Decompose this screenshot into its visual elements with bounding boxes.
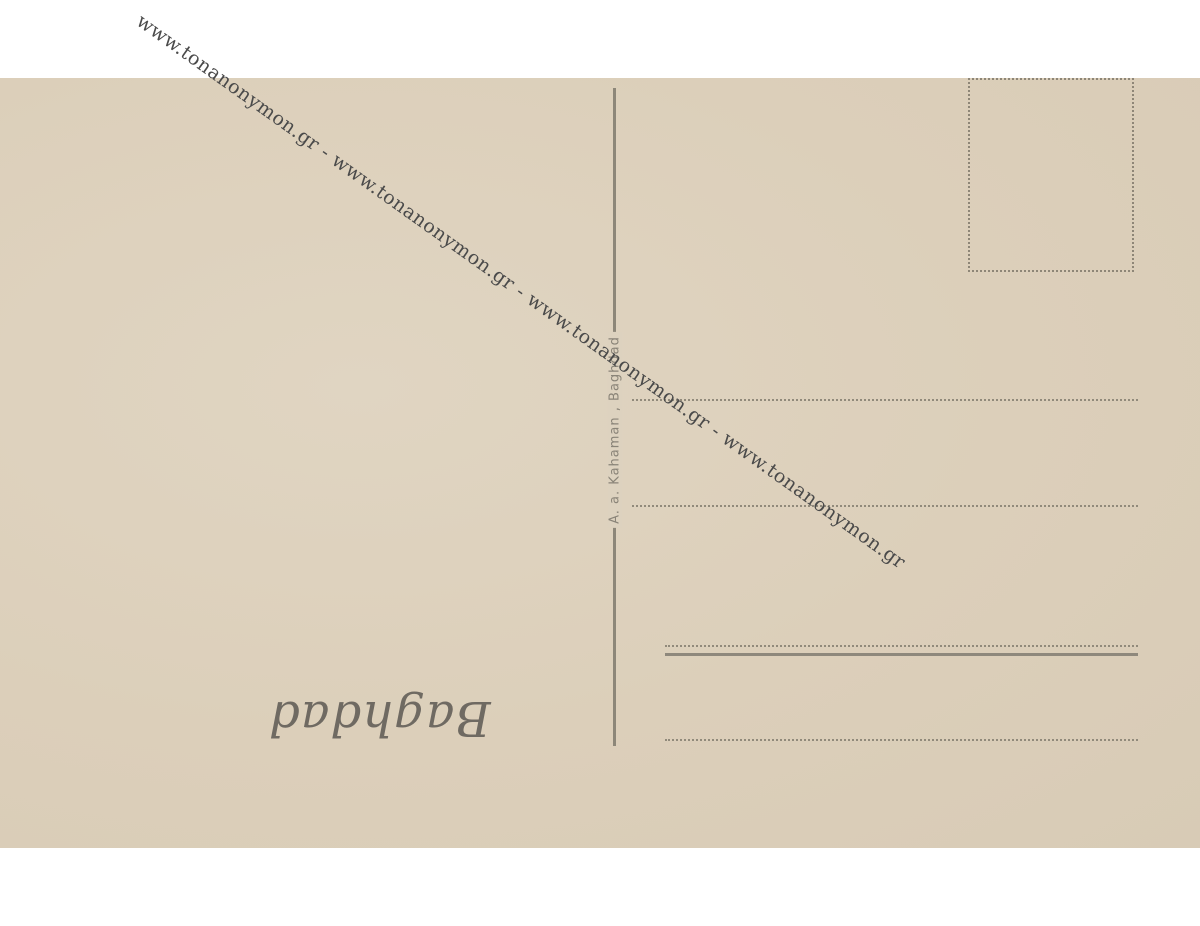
address-line-2 <box>632 505 1138 507</box>
address-line-3 <box>665 645 1138 647</box>
address-line-1 <box>632 399 1138 401</box>
address-line-4 <box>665 739 1138 741</box>
stamp-box <box>968 78 1134 272</box>
address-underline <box>665 653 1138 656</box>
handwritten-note: Baghdad <box>268 690 491 746</box>
